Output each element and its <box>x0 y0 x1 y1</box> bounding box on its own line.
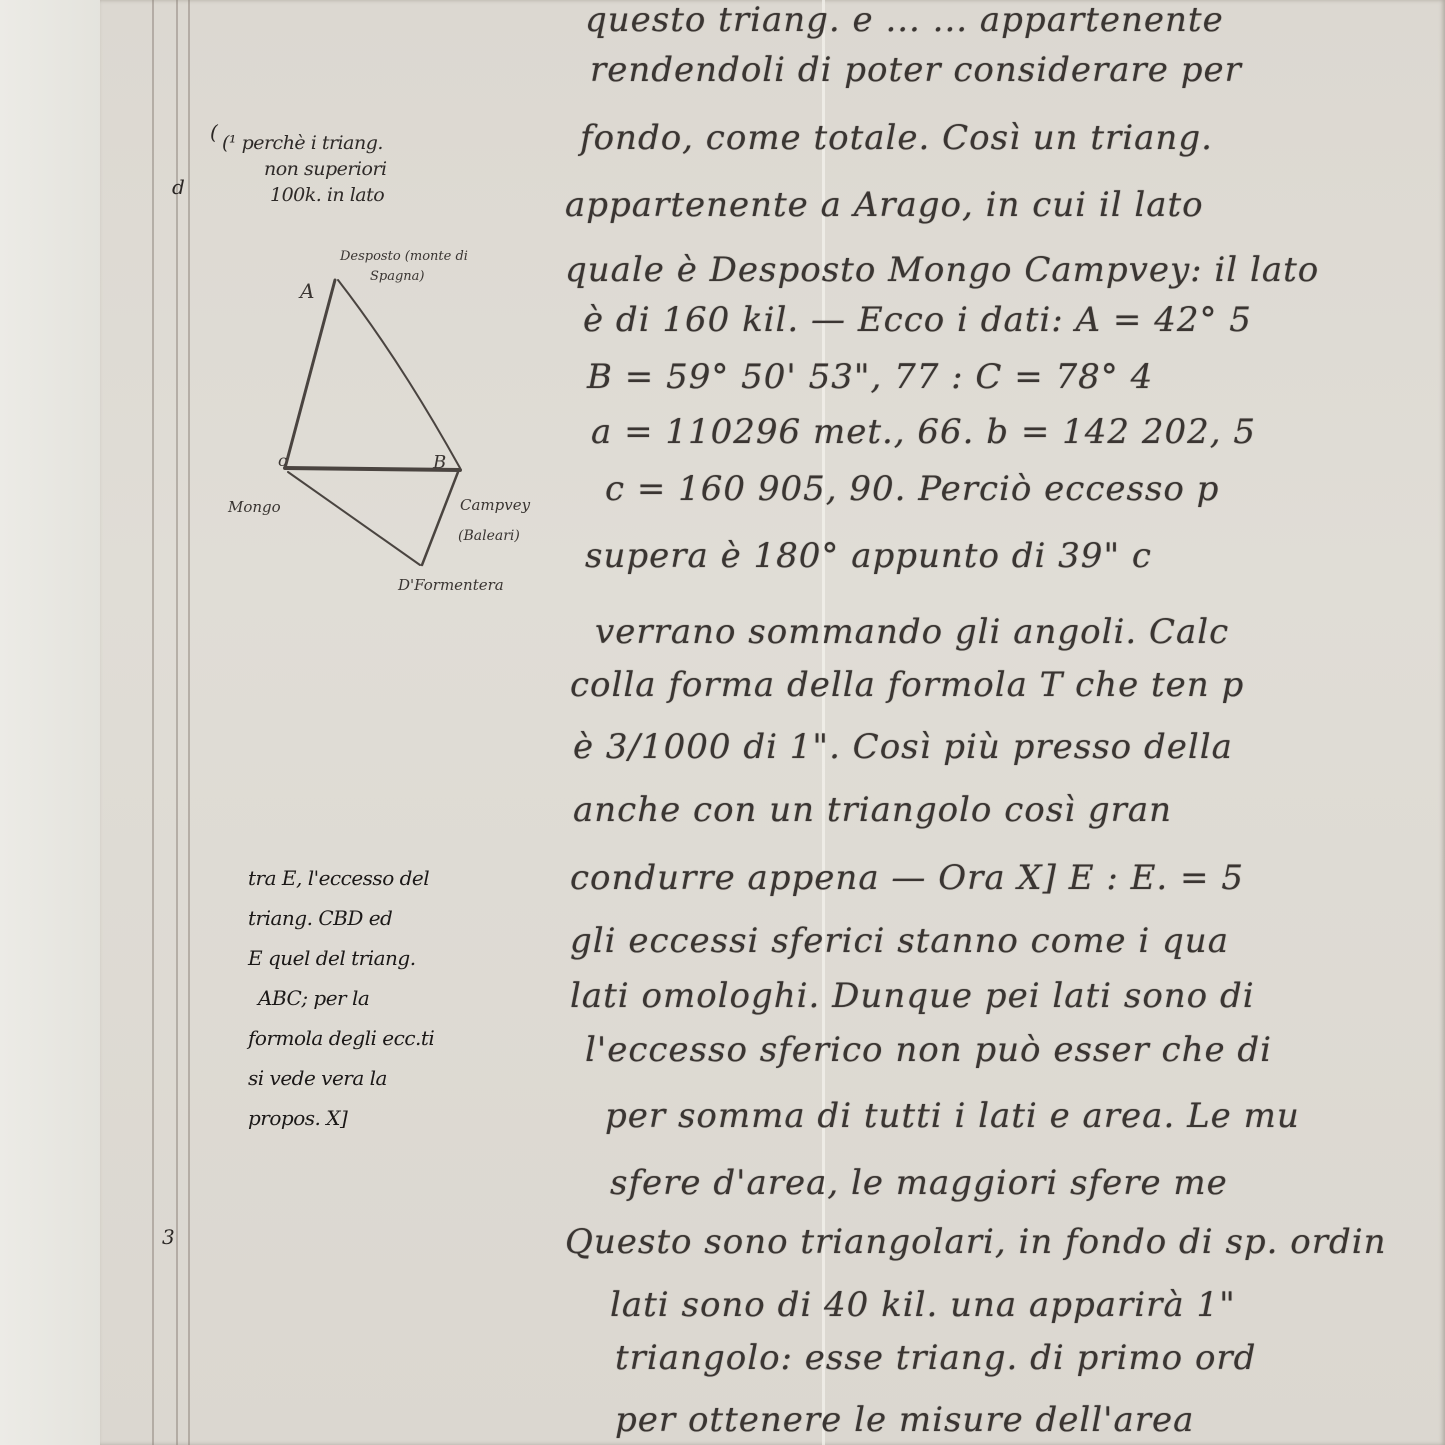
text-line: fondo, come totale. Così un triang. <box>580 118 1213 158</box>
text-line: rendendoli di poter considerare per <box>590 50 1242 90</box>
label-B-line2: (Baleari) <box>458 528 520 544</box>
side-CD <box>288 472 420 565</box>
vertex-A: A <box>298 279 314 303</box>
label-C: Mongo <box>227 498 281 516</box>
text-line: per ottenere le misure dell'area <box>615 1400 1194 1440</box>
label-D: D'Formentera <box>397 576 504 594</box>
text-line: c = 160 905, 90. Perciò eccesso p <box>605 469 1219 509</box>
vertex-C: c <box>278 451 287 470</box>
text-line: lati sono di 40 kil. una apparirà 1" <box>610 1285 1236 1325</box>
note-line: non superiori <box>222 156 387 182</box>
text-line: lati omologhi. Dunque pei lati sono di <box>570 976 1255 1016</box>
side-BD <box>422 472 458 565</box>
note-line: formola degli ecc.ti <box>248 1018 434 1058</box>
vertex-B: B <box>432 452 446 473</box>
text-line: questo triang. e ... ... appartenente <box>585 0 1224 40</box>
text-line: Questo sono triangolari, in fondo di sp.… <box>565 1222 1387 1262</box>
note-line: triang. CBD ed <box>248 898 434 938</box>
margin-mark: d <box>172 175 185 199</box>
note-line: ABC; per la <box>248 978 434 1018</box>
text-line: triangolo: esse triang. di primo ord <box>615 1338 1256 1378</box>
label-B-line1: Campvey <box>460 496 531 514</box>
note-line: (¹ perchè i triang. <box>222 130 387 156</box>
text-line: supera è 180° appunto di 39" c <box>585 536 1152 576</box>
triangle-diagram: A B c Desposto (monte di Spagna) Mongo C… <box>190 230 590 630</box>
text-line: B = 59° 50' 53", 77 : C = 78° 4 <box>587 357 1153 397</box>
side-AC <box>285 280 335 468</box>
side-AB <box>338 280 460 468</box>
text-line: colla forma della formola T che ten p <box>570 665 1244 705</box>
text-line: per somma di tutti i lati e area. Le mu <box>605 1096 1300 1136</box>
text-line: sfere d'area, le maggiori sfere me <box>610 1163 1228 1203</box>
text-line: a = 110296 met., 66. b = 142 202, 5 <box>591 412 1256 452</box>
text-line: anche con un triangolo così gran <box>573 790 1172 830</box>
text-line: l'eccesso sferico non può esser che di <box>585 1030 1272 1070</box>
margin-mark: ( <box>210 120 218 144</box>
text-line: verrano sommando gli angoli. Calc <box>595 612 1229 652</box>
margin-page-number: 3 <box>162 1225 175 1249</box>
text-line: appartenente a Arago, in cui il lato <box>565 185 1204 225</box>
text-line: è di 160 kil. — Ecco i dati: A = 42° 5 <box>583 300 1252 340</box>
note-line: propos. X] <box>248 1098 434 1138</box>
margin-note-bottom: tra E, l'eccesso del triang. CBD ed E qu… <box>248 858 434 1138</box>
margin-notes: ( d 3 (¹ perchè i triang. non superiori … <box>0 0 560 1445</box>
note-line: 100k. in lato <box>222 182 387 208</box>
text-line: gli eccessi sferici stanno come i qua <box>570 921 1229 961</box>
note-line: si vede vera la <box>248 1058 434 1098</box>
text-line: condurre appena — Ora X] E : E. = 5 <box>570 858 1244 898</box>
label-A-line1: Desposto (monte di <box>339 249 468 264</box>
text-line: quale è Desposto Mongo Campvey: il lato <box>565 250 1319 290</box>
text-line: è 3/1000 di 1". Così più presso della <box>573 727 1233 767</box>
label-A-line2: Spagna) <box>370 269 425 284</box>
margin-note-top: (¹ perchè i triang. non superiori 100k. … <box>222 130 387 208</box>
note-line: E quel del triang. <box>248 938 434 978</box>
note-line: tra E, l'eccesso del <box>248 858 434 898</box>
